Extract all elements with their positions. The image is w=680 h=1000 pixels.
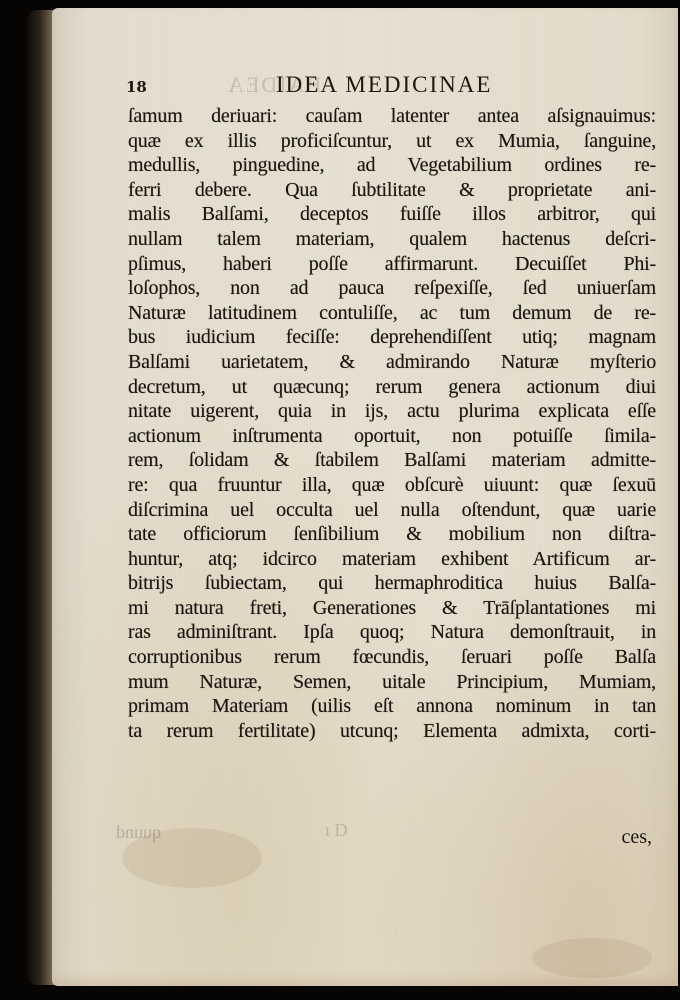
text-line: ſamum deriuari: cauſam latenter antea aſ… <box>128 104 656 129</box>
body-text: ſamum deriuari: cauſam latenter antea aſ… <box>128 104 656 743</box>
text-line: ferri debere. Qua ſubtilitate & propriet… <box>128 178 656 203</box>
text-line: diſcrimina uel occulta uel nulla oſtendu… <box>128 498 656 523</box>
text-line: primam Materiam (uilis eſt annona nominu… <box>128 694 656 719</box>
page-header: BAIDEA 18 IDEA MEDICINAE <box>126 72 656 100</box>
text-line: actionum inſtrumenta oportuit, non potui… <box>128 424 656 449</box>
text-line: ras adminiſtrant. Ipſa quoq; Natura demo… <box>128 620 656 645</box>
text-line: nullam talem materiam, qualem hactenus d… <box>128 227 656 252</box>
text-line: bus iudicium feciſſe: deprehendiſſent ut… <box>128 325 656 350</box>
text-line: ta rerum fertilitate) utcunq; Elementa a… <box>128 719 656 744</box>
text-line: tate officiorum ſenſibilium & mobilium n… <box>128 522 656 547</box>
text-line: bitrijs ſubiectam, qui hermaphroditica h… <box>128 571 656 596</box>
text-line: huntur, atq; idcirco materiam exhibent A… <box>128 547 656 572</box>
text-line: quæ ex illis proficiſcuntur, ut ex Mumia… <box>128 129 656 154</box>
text-line: pſimus, haberi poſſe affirmarunt. Decuiſ… <box>128 252 656 277</box>
text-line: Balſami uarietatem, & admirando Naturæ m… <box>128 350 656 375</box>
text-line: decretum, ut quæcunq; rerum genera actio… <box>128 375 656 400</box>
text-line: loſophos, non ad pauca reſpexiſſe, ſed u… <box>128 276 656 301</box>
page-number: 18 <box>126 78 147 96</box>
text-line: corruptionibus rerum fœcundis, ſeruari p… <box>128 645 656 670</box>
text-line: medullis, pinguedine, ad Vegetabilium or… <box>128 153 656 178</box>
show-through-footer-left: quund <box>116 822 161 843</box>
text-line: rem, ſolidam & ſtabilem Balſami materiam… <box>128 448 656 473</box>
text-line: malis Balſami, deceptos fuiſſe illos arb… <box>128 202 656 227</box>
text-line: nitate uigerent, quia in ijs, actu pluri… <box>128 399 656 424</box>
show-through-footer-mid: ı D <box>325 820 348 841</box>
text-line: mum Naturæ, Semen, uitale Principium, Mu… <box>128 670 656 695</box>
catchword: ces, <box>621 826 652 849</box>
text-line: Naturæ latitudinem contuliſſe, ac tum de… <box>128 301 656 326</box>
text-line: re: qua fruuntur illa, quæ obſcurè uiuun… <box>128 473 656 498</box>
paper-stain <box>532 938 652 978</box>
text-line: mi natura freti, Generationes & Trāſplan… <box>128 596 656 621</box>
running-title: IDEA MEDICINAE <box>276 72 492 98</box>
